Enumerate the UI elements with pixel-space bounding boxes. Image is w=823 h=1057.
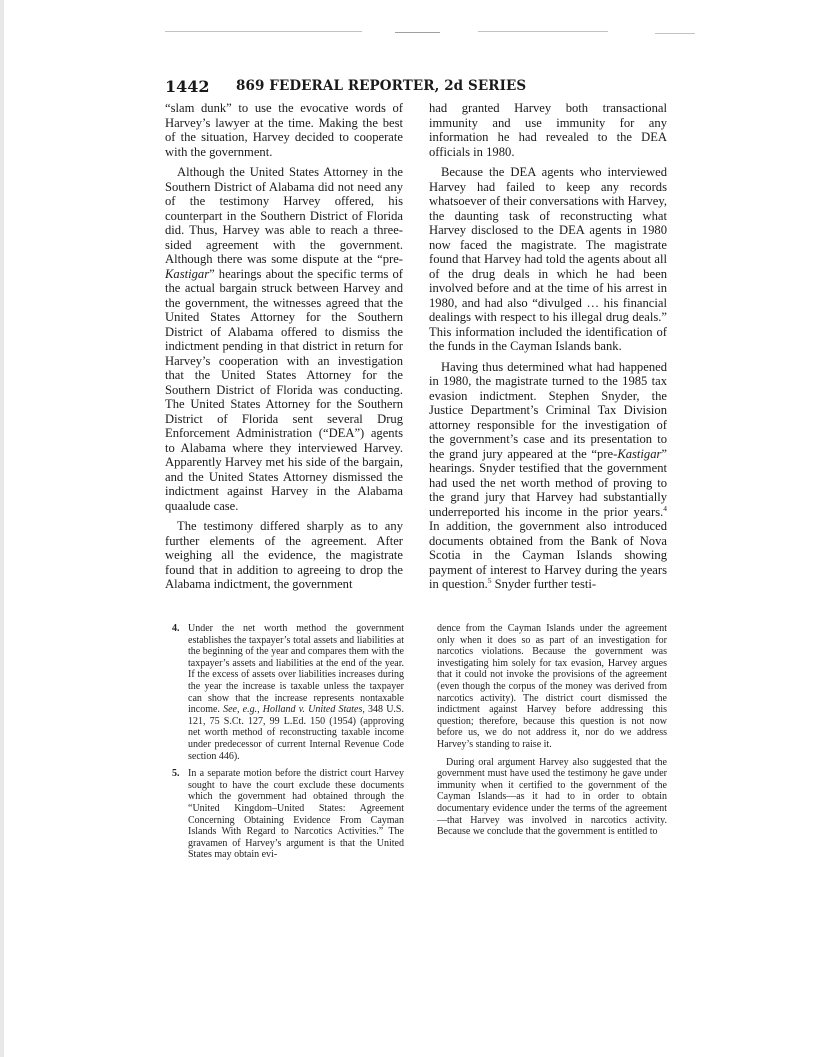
scan-edge-shadow bbox=[0, 0, 4, 1057]
scan-rule-1 bbox=[165, 31, 362, 32]
footnotes-right: dence from the Cayman Islands under the … bbox=[437, 623, 667, 844]
paragraph: had granted Harvey both transactional im… bbox=[429, 101, 667, 159]
text-run: Although the United States Attorney in t… bbox=[165, 165, 403, 266]
case-name-italic: Kastigar bbox=[617, 447, 661, 461]
case-name-italic: Holland v. United States, bbox=[263, 704, 365, 715]
footnote-ref-4[interactable]: 4 bbox=[663, 503, 667, 512]
right-column: had granted Harvey both transactional im… bbox=[429, 101, 667, 598]
page-number: 1442 bbox=[165, 77, 210, 96]
paragraph: Because the DEA agents who interviewed H… bbox=[429, 165, 667, 354]
footnote-5-continued: During oral argument Harvey also suggest… bbox=[437, 757, 667, 838]
text-run: Having thus determined what had happened… bbox=[429, 360, 667, 461]
text-run: Under the net worth method the governmen… bbox=[188, 623, 404, 715]
paragraph: “slam dunk” to use the evocative words o… bbox=[165, 101, 403, 159]
paragraph: Although the United States Attorney in t… bbox=[165, 165, 403, 513]
footnote-number: 4. bbox=[172, 623, 180, 635]
footnote-4: 4.Under the net worth method the governm… bbox=[188, 623, 404, 762]
scan-rule-3 bbox=[478, 31, 608, 32]
text-run: Snyder further testi- bbox=[492, 577, 597, 591]
footnotes-left: 4.Under the net worth method the governm… bbox=[188, 623, 404, 867]
footnote-5-continued: dence from the Cayman Islands under the … bbox=[437, 623, 667, 751]
case-name-italic: Kastigar bbox=[165, 267, 209, 281]
scan-rule-4 bbox=[655, 33, 695, 34]
page-header: 1442 869 FEDERAL REPORTER, 2d SERIES bbox=[165, 77, 680, 97]
footnote-number: 5. bbox=[172, 768, 180, 780]
text-run: In a separate motion before the district… bbox=[188, 768, 404, 860]
citation-signal: See, e.g., bbox=[223, 704, 260, 715]
paragraph: The testimony differed sharply as to any… bbox=[165, 519, 403, 592]
footnote-5: 5.In a separate motion before the distri… bbox=[188, 768, 404, 861]
running-head: 869 FEDERAL REPORTER, 2d SERIES bbox=[236, 78, 526, 94]
scan-rule-2 bbox=[395, 32, 440, 33]
paragraph: Having thus determined what had happened… bbox=[429, 360, 667, 592]
text-run: ” hearings about the specific terms of t… bbox=[165, 267, 403, 513]
left-column: “slam dunk” to use the evocative words o… bbox=[165, 101, 403, 598]
